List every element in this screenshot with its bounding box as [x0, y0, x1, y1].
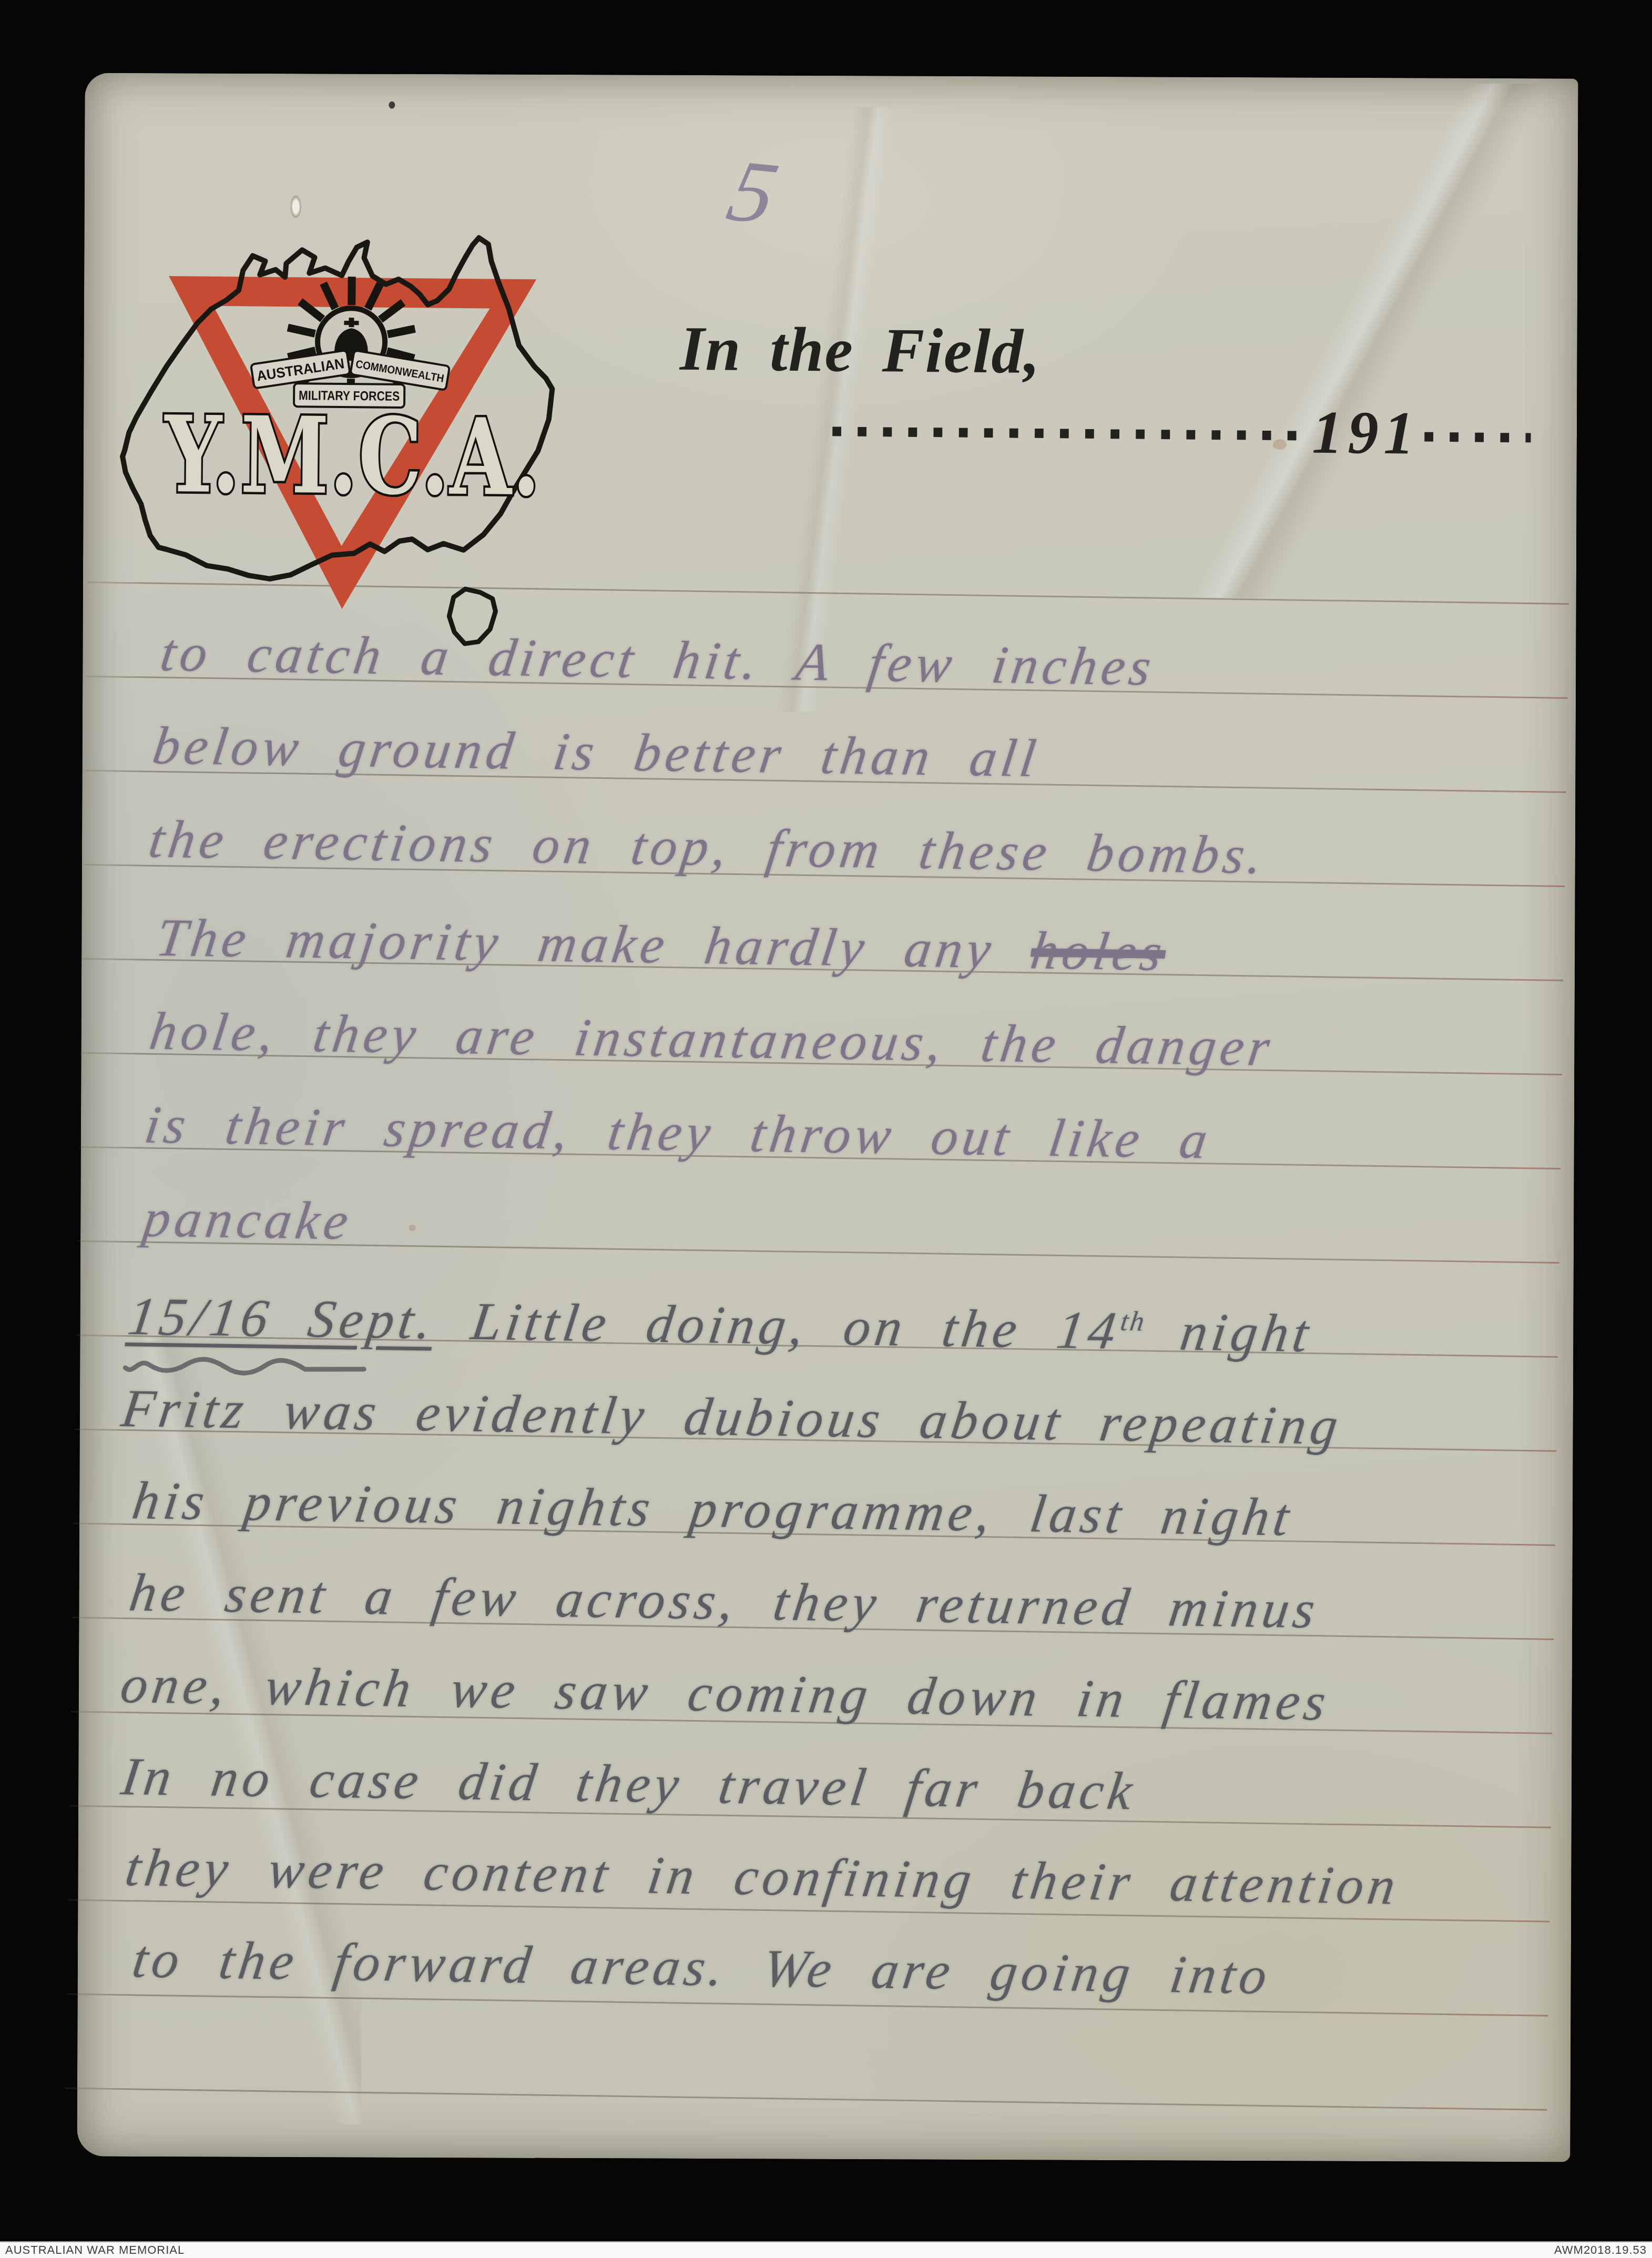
letter-paper: to catch a direct hit. A few inchesbelow… — [77, 73, 1578, 2162]
date-year: 191 — [1312, 399, 1420, 467]
letterhead: 5 In the Field, ........................… — [67, 73, 1579, 2170]
page-number: 5 — [719, 140, 787, 245]
archive-footer: AUSTRALIAN WAR MEMORIAL AWM2018.19.53 — [0, 2241, 1652, 2258]
ymca-australia-logo: AUSTRALIAN COMMONWEALTH MILITARY FORCES … — [116, 225, 574, 653]
ymca-wordmark: Y.M.C.A. — [164, 393, 542, 520]
archive-name: AUSTRALIAN WAR MEMORIAL — [5, 2243, 185, 2257]
date-dots-left: ............................. — [827, 390, 1309, 452]
date-dots-right: ........ — [1419, 396, 1531, 455]
tasmania-icon — [449, 589, 496, 644]
archive-accession-number: AWM2018.19.53 — [1554, 2243, 1647, 2257]
place-line: In the Field, — [679, 312, 1041, 388]
scanned-document: to catch a direct hit. A few inchesbelow… — [0, 0, 1652, 2258]
date-line: .............................191........ — [827, 390, 1531, 470]
